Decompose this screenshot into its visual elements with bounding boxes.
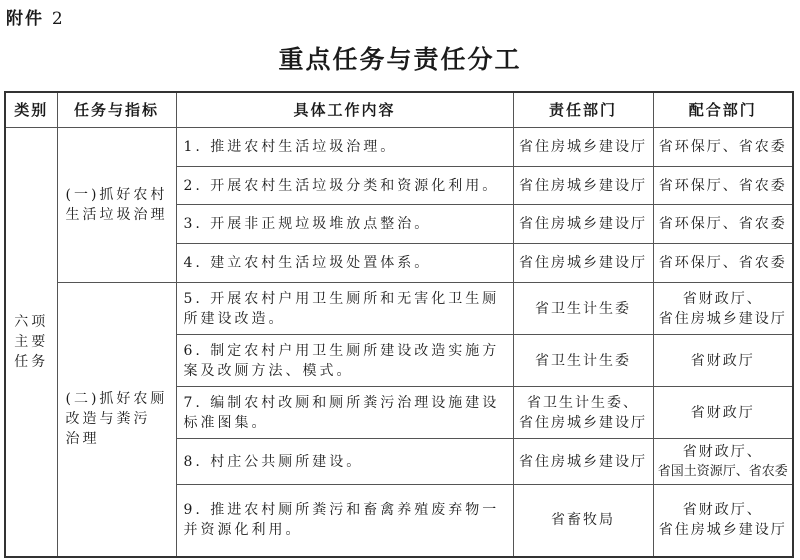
content-line: 所建设改造。 (184, 309, 513, 329)
content-line: 9. 推进农村厕所粪污和畜禽养殖废弃物一 (184, 500, 513, 520)
content-line: 7. 编制农村改厕和厕所粪污治理设施建设 (184, 393, 513, 413)
header-category: 类别 (5, 92, 57, 128)
cooperating-dept-cell: 省环保厅、省农委 (653, 244, 793, 283)
category-cell: 六项 主要 任务 (5, 128, 57, 557)
category-line: 六项 (6, 312, 57, 332)
coop-line: 省财政厅、 (654, 500, 793, 520)
content-line: 1. 推进农村生活垃圾治理。 (184, 137, 513, 157)
content-line: 3. 开展非正规垃圾堆放点整治。 (184, 214, 513, 234)
cooperating-dept-cell: 省环保厅、省农委 (653, 128, 793, 167)
task-line: (二)抓好农厕 (66, 389, 176, 409)
table-row: 六项 主要 任务 (一)抓好农村 生活垃圾治理 1. 推进农村生活垃圾治理。 省… (5, 128, 793, 167)
category-line: 任务 (6, 352, 57, 372)
content-line: 案及改厕方法、模式。 (184, 361, 513, 381)
content-line: 标准图集。 (184, 413, 513, 433)
attachment-label-text: 附件 (6, 9, 44, 29)
content-cell: 4. 建立农村生活垃圾处置体系。 (176, 244, 513, 283)
responsible-dept-cell: 省住房城乡建设厅 (513, 128, 653, 167)
dept-line: 省住房城乡建设厅 (514, 452, 653, 472)
cooperating-dept-cell: 省财政厅、 省国土资源厅、省农委 (653, 439, 793, 485)
document-title: 重点任务与责任分工 (0, 40, 800, 76)
coop-line: 省财政厅 (654, 403, 793, 423)
dept-line: 省住房城乡建设厅 (514, 413, 653, 433)
content-cell: 5. 开展农村户用卫生厕所和无害化卫生厕 所建设改造。 (176, 283, 513, 335)
content-cell: 9. 推进农村厕所粪污和畜禽养殖废弃物一 并资源化利用。 (176, 485, 513, 557)
dept-line: 省住房城乡建设厅 (514, 253, 653, 273)
content-cell: 1. 推进农村生活垃圾治理。 (176, 128, 513, 167)
responsible-dept-cell: 省住房城乡建设厅 (513, 244, 653, 283)
coop-line: 省环保厅、省农委 (654, 176, 793, 196)
attachment-label: 附件 2 (6, 4, 65, 29)
content-line: 5. 开展农村户用卫生厕所和无害化卫生厕 (184, 289, 513, 309)
responsible-dept-cell: 省卫生计生委、 省住房城乡建设厅 (513, 387, 653, 439)
category-line: 主要 (6, 332, 57, 352)
content-line: 6. 制定农村户用卫生厕所建设改造实施方 (184, 341, 513, 361)
attachment-number: 2 (52, 9, 65, 29)
coop-line: 省财政厅、 (654, 442, 793, 462)
content-cell: 6. 制定农村户用卫生厕所建设改造实施方 案及改厕方法、模式。 (176, 335, 513, 387)
content-cell: 8. 村庄公共厕所建设。 (176, 439, 513, 485)
cooperating-dept-cell: 省环保厅、省农委 (653, 167, 793, 205)
task-line: 治理 (66, 429, 176, 449)
task-line: 生活垃圾治理 (66, 205, 176, 225)
dept-line: 省住房城乡建设厅 (514, 176, 653, 196)
content-cell: 2. 开展农村生活垃圾分类和资源化利用。 (176, 167, 513, 205)
table-header-row: 类别 任务与指标 具体工作内容 责任部门 配合部门 (5, 92, 793, 128)
task-group-1: (一)抓好农村 生活垃圾治理 (57, 128, 176, 283)
coop-line: 省住房城乡建设厅 (654, 309, 793, 329)
dept-line: 省住房城乡建设厅 (514, 137, 653, 157)
dept-line: 省畜牧局 (514, 510, 653, 530)
content-line: 并资源化利用。 (184, 520, 513, 540)
header-cooperating-dept: 配合部门 (653, 92, 793, 128)
task-line: (一)抓好农村 (66, 185, 176, 205)
coop-line: 省国土资源厅、省农委 (654, 462, 793, 482)
coop-line: 省住房城乡建设厅 (654, 520, 793, 540)
responsible-dept-cell: 省住房城乡建设厅 (513, 439, 653, 485)
coop-line: 省财政厅 (654, 351, 793, 371)
coop-line: 省财政厅、 (654, 289, 793, 309)
content-line: 4. 建立农村生活垃圾处置体系。 (184, 253, 513, 273)
cooperating-dept-cell: 省财政厅、 省住房城乡建设厅 (653, 283, 793, 335)
responsible-dept-cell: 省卫生计生委 (513, 335, 653, 387)
content-cell: 3. 开展非正规垃圾堆放点整治。 (176, 205, 513, 244)
cooperating-dept-cell: 省财政厅、 省住房城乡建设厅 (653, 485, 793, 557)
content-line: 8. 村庄公共厕所建设。 (184, 452, 513, 472)
coop-line: 省环保厅、省农委 (654, 214, 793, 234)
responsible-dept-cell: 省住房城乡建设厅 (513, 167, 653, 205)
task-responsibility-table: 类别 任务与指标 具体工作内容 责任部门 配合部门 六项 主要 任务 (一)抓好… (4, 91, 794, 558)
dept-line: 省住房城乡建设厅 (514, 214, 653, 234)
content-cell: 7. 编制农村改厕和厕所粪污治理设施建设 标准图集。 (176, 387, 513, 439)
content-line: 2. 开展农村生活垃圾分类和资源化利用。 (184, 176, 513, 196)
table-row: (二)抓好农厕 改造与粪污 治理 5. 开展农村户用卫生厕所和无害化卫生厕 所建… (5, 283, 793, 335)
cooperating-dept-cell: 省环保厅、省农委 (653, 205, 793, 244)
dept-line: 省卫生计生委、 (514, 393, 653, 413)
header-task: 任务与指标 (57, 92, 176, 128)
coop-line: 省环保厅、省农委 (654, 253, 793, 273)
responsible-dept-cell: 省畜牧局 (513, 485, 653, 557)
responsible-dept-cell: 省卫生计生委 (513, 283, 653, 335)
cooperating-dept-cell: 省财政厅 (653, 387, 793, 439)
task-line: 改造与粪污 (66, 409, 176, 429)
cooperating-dept-cell: 省财政厅 (653, 335, 793, 387)
task-group-2: (二)抓好农厕 改造与粪污 治理 (57, 283, 176, 557)
responsible-dept-cell: 省住房城乡建设厅 (513, 205, 653, 244)
header-content: 具体工作内容 (176, 92, 513, 128)
coop-line: 省环保厅、省农委 (654, 137, 793, 157)
dept-line: 省卫生计生委 (514, 351, 653, 371)
dept-line: 省卫生计生委 (514, 299, 653, 319)
header-responsible-dept: 责任部门 (513, 92, 653, 128)
